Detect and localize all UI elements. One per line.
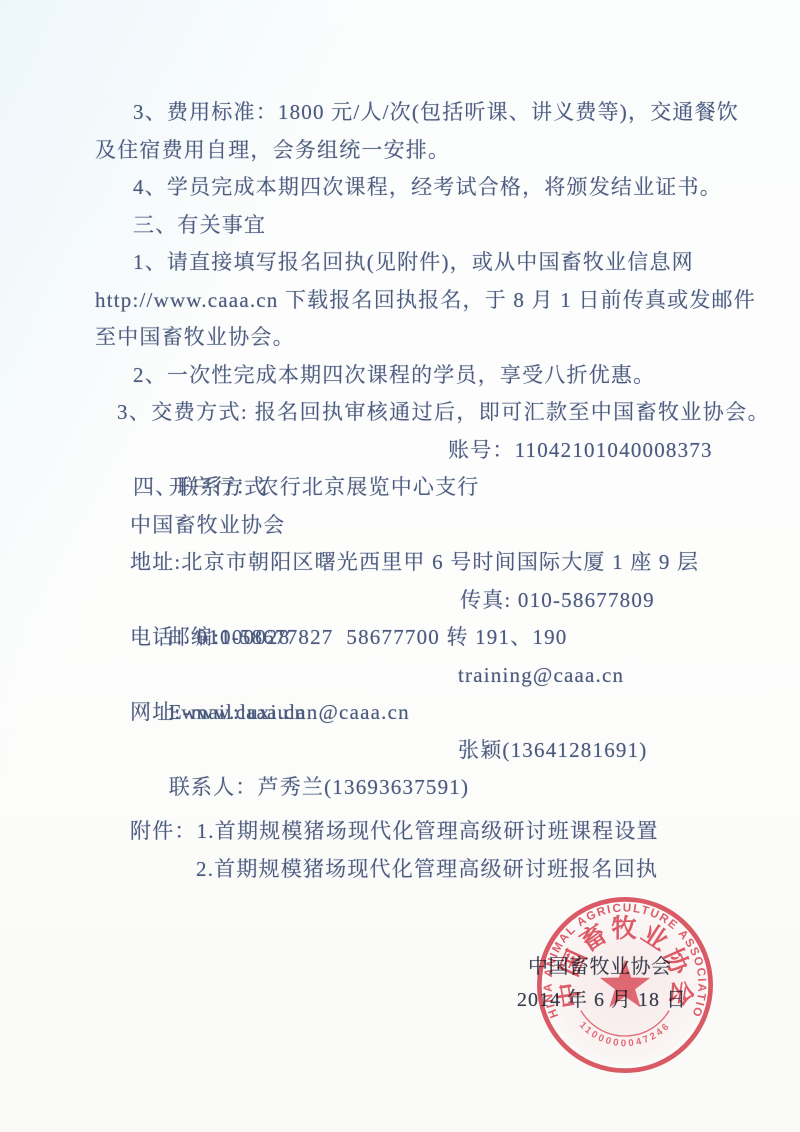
website-line: 网址:www.caaa.cn: [0, 694, 800, 732]
account-number: 账号：11042101040008373: [448, 432, 713, 470]
address-line: 地址:北京市朝阳区曙光西里甲 6 号时间国际大厦 1 座 9 层: [0, 544, 800, 582]
doc-line: 至中国畜牧业协会。: [0, 319, 800, 357]
postal-fax-line: 邮编:100028 传真: 010-58677809: [0, 582, 800, 620]
org-name-line: 中国畜牧业协会: [0, 507, 800, 545]
contact-person-line: 联系人：芦秀兰(13693637591) 张颖(13641281691): [0, 732, 800, 770]
doc-line: 2、一次性完成本期四次课程的学员，享受八折优惠。: [0, 357, 800, 395]
phone-line: 电话：010-58677827 58677700 转 191、190: [0, 619, 800, 657]
email-line: E-mail:luxiulan@caaa.cn training@caaa.cn: [0, 657, 800, 695]
section-heading: 四、联系方式: [0, 469, 800, 507]
bank-account-line: 开户行：农行北京展览中心支行 账号：11042101040008373: [0, 432, 800, 470]
doc-line: 4、学员完成本期四次课程，经考试合格，将颁发结业证书。: [0, 169, 800, 207]
section-heading: 三、有关事宜: [0, 207, 800, 245]
seal-graphic: CHINA ANIMAL AGRICULTURE ASSOCIATION 中国畜…: [521, 881, 711, 1071]
doc-line: 3、交费方式: 报名回执审核通过后，即可汇款至中国畜牧业协会。: [0, 394, 800, 432]
official-seal: CHINA ANIMAL AGRICULTURE ASSOCIATION 中国畜…: [521, 881, 729, 1089]
attachments-block: 附件：1.首期规模猪场现代化管理高级研讨班课程设置 2.首期规模猪场现代化管理高…: [0, 812, 800, 888]
doc-line: 1、请直接填写报名回执(见附件)，或从中国畜牧业信息网: [0, 244, 800, 282]
document-body: 3、费用标准：1800 元/人/次(包括听课、讲义费等)，交通餐饮 及住宿费用自…: [0, 94, 800, 769]
attachment-line-1: 附件：1.首期规模猪场现代化管理高级研讨班课程设置: [0, 812, 800, 850]
contact-person-1: 联系人：芦秀兰(13693637591): [169, 775, 470, 799]
contact-person-2: 张颖(13641281691): [458, 732, 648, 770]
fax-number: 传真: 010-58677809: [460, 582, 655, 620]
doc-line: http://www.caaa.cn 下载报名回执报名，于 8 月 1 日前传真…: [0, 282, 800, 320]
scanned-document-page: 3、费用标准：1800 元/人/次(包括听课、讲义费等)，交通餐饮 及住宿费用自…: [0, 0, 800, 1132]
email-secondary: training@caaa.cn: [458, 657, 624, 695]
doc-line: 3、费用标准：1800 元/人/次(包括听课、讲义费等)，交通餐饮: [0, 94, 800, 132]
doc-line: 及住宿费用自理，会务组统一安排。: [0, 132, 800, 170]
